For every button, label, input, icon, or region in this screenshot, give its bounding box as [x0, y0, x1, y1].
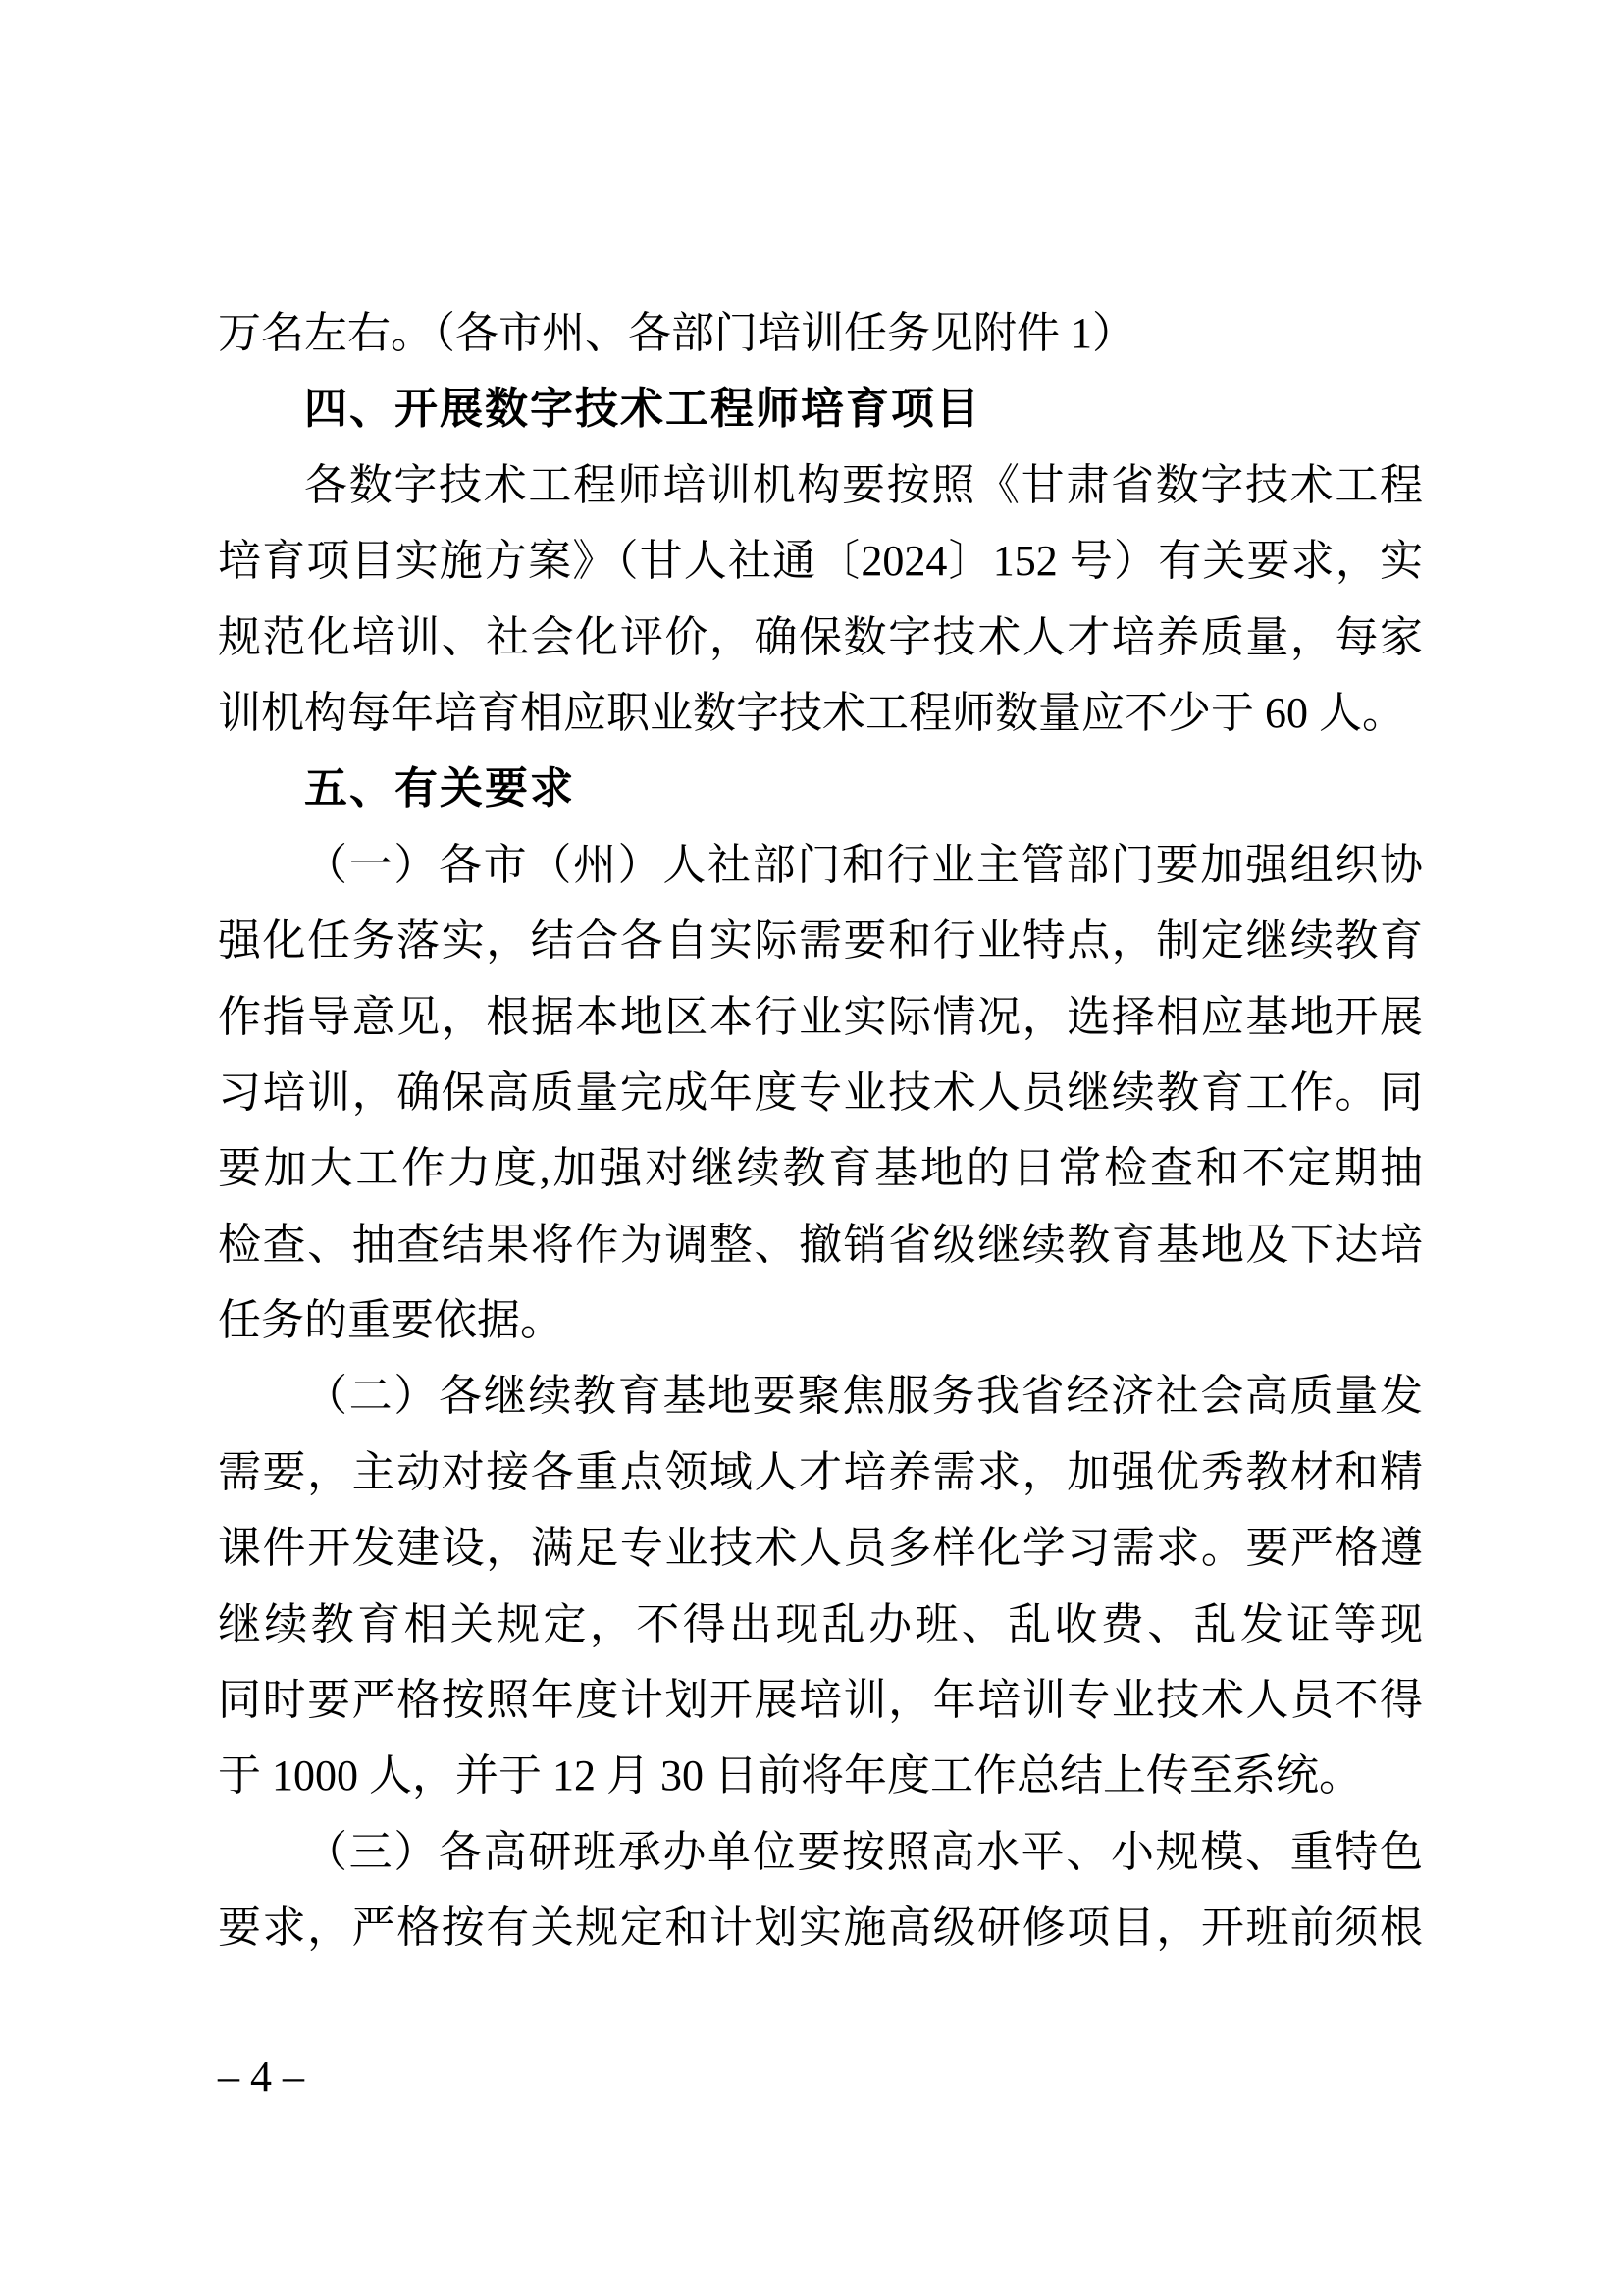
text-line: 继续教育相关规定，不得出现乱办班、乱收费、乱发证等现象。 [218, 1587, 1423, 1662]
text-line: 要加大工作力度,加强对继续教育基地的日常检查和不定期抽查， [218, 1130, 1423, 1206]
section-heading-5: 五、有关要求 [218, 751, 1423, 826]
text-line: 万名左右。（各市州、各部门培训任务见附件 1） [218, 295, 1423, 371]
text-line: 于 1000 人，并于 12 月 30 日前将年度工作总结上传至系统。 [218, 1738, 1423, 1813]
text-line: 规范化培训、社会化评价，确保数字技术人才培养质量，每家培 [218, 600, 1423, 675]
text-line: 强化任务落实，结合各自实际需要和行业特点，制定继续教育工 [218, 903, 1423, 978]
text-line: 任务的重要依据。 [218, 1282, 1423, 1358]
document-body: 万名左右。（各市州、各部门培训任务见附件 1） 四、开展数字技术工程师培育项目 … [218, 295, 1423, 1966]
text-line: 课件开发建设，满足专业技术人员多样化学习需求。要严格遵守 [218, 1510, 1423, 1586]
text-line: （二）各继续教育基地要聚焦服务我省经济社会高质量发展 [218, 1358, 1423, 1434]
text-line: 各数字技术工程师培训机构要按照《甘肃省数字技术工程师 [218, 447, 1423, 523]
text-line: （一）各市（州）人社部门和行业主管部门要加强组织协调， [218, 827, 1423, 903]
text-line: 培育项目实施方案》（甘人社通〔2024〕152 号）有关要求，实施 [218, 523, 1423, 599]
text-line: 作指导意见，根据本地区本行业实际情况，选择相应基地开展学 [218, 979, 1423, 1055]
text-line: 要求，严格按有关规定和计划实施高级研修项目，开班前须根据 [218, 1890, 1423, 1965]
document-page: 万名左右。（各市州、各部门培训任务见附件 1） 四、开展数字技术工程师培育项目 … [0, 0, 1624, 2296]
page-number: – 4 – [218, 2049, 304, 2106]
section-heading-4: 四、开展数字技术工程师培育项目 [218, 371, 1423, 446]
text-line: 训机构每年培育相应职业数字技术工程师数量应不少于 60 人。 [218, 675, 1423, 751]
text-line: （三）各高研班承办单位要按照高水平、小规模、重特色的 [218, 1814, 1423, 1890]
text-line: 同时要严格按照年度计划开展培训，年培训专业技术人员不得少 [218, 1662, 1423, 1738]
text-line: 需要，主动对接各重点领域人才培养需求，加强优秀教材和精品 [218, 1435, 1423, 1510]
text-line: 检查、抽查结果将作为调整、撤销省级继续教育基地及下达培训 [218, 1207, 1423, 1282]
text-line: 习培训，确保高质量完成年度专业技术人员继续教育工作。同时 [218, 1055, 1423, 1130]
